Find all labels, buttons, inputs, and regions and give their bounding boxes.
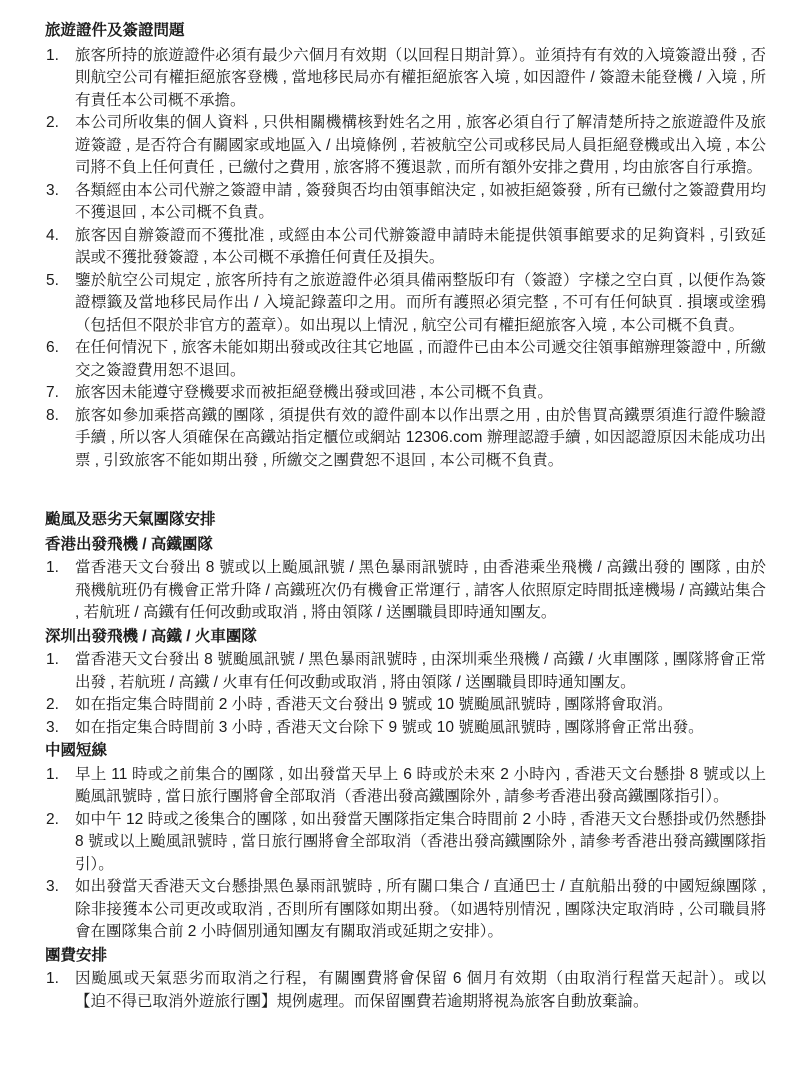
shenzhen-departure-list: 當香港天文台發出 8 號颱風訊號 / 黑色暴雨訊號時 , 由深圳乘坐飛機 / 高… <box>45 649 766 739</box>
shenzhen-departure-item: 當香港天文台發出 8 號颱風訊號 / 黑色暴雨訊號時 , 由深圳乘坐飛機 / 高… <box>45 649 766 694</box>
hk-departure-list: 當香港天文台發出 8 號或以上颱風訊號 / 黑色暴雨訊號時 , 由香港乘坐飛機 … <box>45 557 766 625</box>
china-short-haul-item: 早上 11 時或之前集合的團隊 , 如出發當天早上 6 時或於未來 2 小時內 … <box>45 764 766 809</box>
china-short-haul-item: 如中午 12 時或之後集合的團隊 , 如出發當天團隊指定集合時間前 2 小時 ,… <box>45 809 766 877</box>
travel-visa-item: 旅客所持的旅遊證件必須有最少六個月有效期（以回程日期計算）。並須持有有效的入境簽… <box>45 45 766 113</box>
travel-visa-list: 旅客所持的旅遊證件必須有最少六個月有效期（以回程日期計算）。並須持有有效的入境簽… <box>45 45 766 473</box>
travel-visa-item: 在任何情況下 , 旅客未能如期出發或改往其它地區 , 而證件已由本公司遞交往領事… <box>45 337 766 382</box>
subheading-shenzhen-departure: 深圳出發飛機 / 高鐵 / 火車團隊 <box>45 626 766 649</box>
heading-travel-documents-and-visa: 旅遊證件及簽證問題 <box>45 20 766 43</box>
hk-departure-item: 當香港天文台發出 8 號或以上颱風訊號 / 黑色暴雨訊號時 , 由香港乘坐飛機 … <box>45 557 766 625</box>
tour-fee-list: 因颱風或天氣惡劣而取消之行程，有關團費將會保留 6 個月有效期（由取消行程當天起… <box>45 968 766 1013</box>
subheading-china-short-haul: 中國短線 <box>45 740 766 763</box>
subheading-tour-fee-arrangement: 團費安排 <box>45 945 766 968</box>
travel-visa-item: 旅客因未能遵守登機要求而被拒絕登機出發或回港 , 本公司概不負責。 <box>45 382 766 405</box>
heading-typhoon-weather-arrangements: 颱風及惡劣天氣團隊安排 <box>45 509 766 532</box>
travel-visa-item: 本公司所收集的個人資料 , 只供相關機構核對姓名之用 , 旅客必須自行了解清楚所… <box>45 112 766 180</box>
travel-visa-item: 鑒於航空公司規定 , 旅客所持有之旅遊證件必須具備兩整版印有（簽證）字樣之空白頁… <box>45 270 766 338</box>
china-short-haul-list: 早上 11 時或之前集合的團隊 , 如出發當天早上 6 時或於未來 2 小時內 … <box>45 764 766 944</box>
terms-document-page: 旅遊證件及簽證問題 旅客所持的旅遊證件必須有最少六個月有效期（以回程日期計算）。… <box>0 0 800 1070</box>
travel-visa-item: 旅客因自辦簽證而不獲批准 , 或經由本公司代辦簽證申請時未能提供領事館要求的足夠… <box>45 225 766 270</box>
travel-visa-item: 旅客如參加乘搭高鐵的團隊 , 須提供有效的證件副本以作出票之用 , 由於售買高鐵… <box>45 405 766 473</box>
shenzhen-departure-item: 如在指定集合時間前 2 小時 , 香港天文台發出 9 號或 10 號颱風訊號時 … <box>45 694 766 717</box>
subheading-hk-departure-flight-hsr: 香港出發飛機 / 高鐵團隊 <box>45 534 766 557</box>
shenzhen-departure-item: 如在指定集合時間前 3 小時 , 香港天文台除下 9 號或 10 號颱風訊號時 … <box>45 717 766 740</box>
china-short-haul-item: 如出發當天香港天文台懸掛黑色暴雨訊號時 , 所有關口集合 / 直通巴士 / 直航… <box>45 876 766 944</box>
tour-fee-item: 因颱風或天氣惡劣而取消之行程，有關團費將會保留 6 個月有效期（由取消行程當天起… <box>45 968 766 1013</box>
travel-visa-item: 各類經由本公司代辦之簽證申請 , 簽發與否均由領事館決定 , 如被拒絕簽發 , … <box>45 180 766 225</box>
